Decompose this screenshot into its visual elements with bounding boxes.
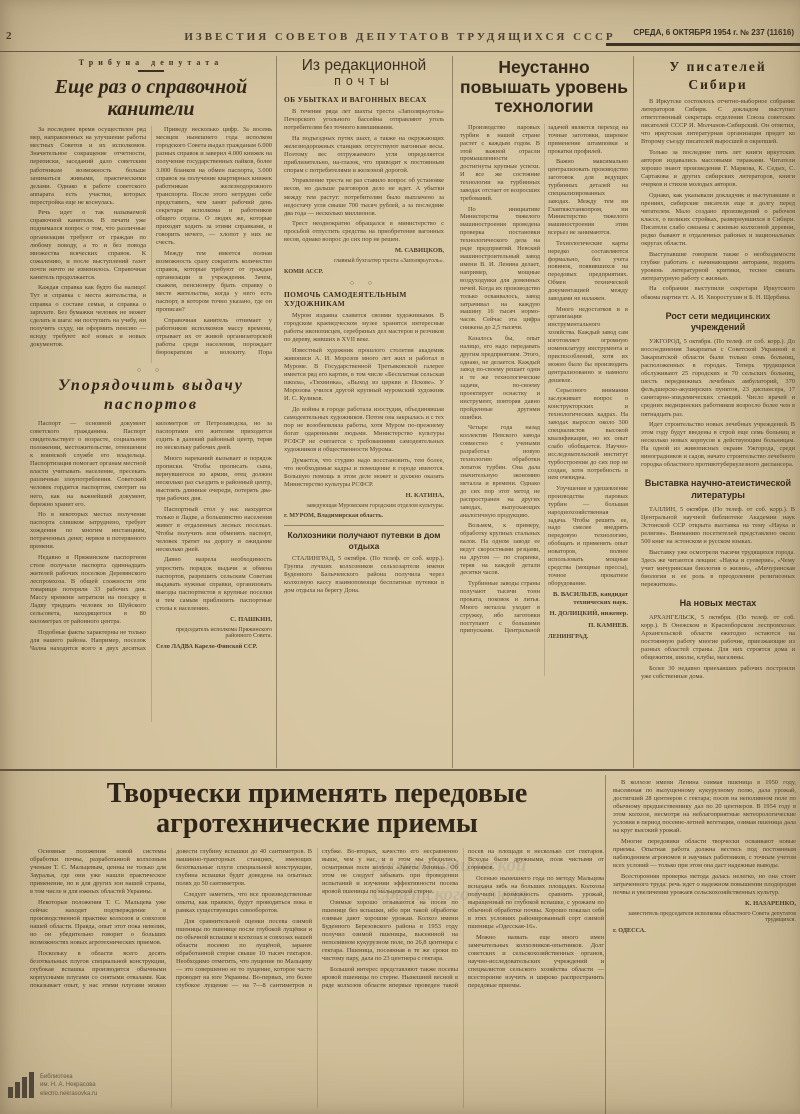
paragraph: Муром издавна славится своими художникам… — [284, 312, 444, 344]
article-body: Производство паровых турбин в нашей стра… — [460, 124, 628, 676]
paragraph: В колхозе имени Ленина озимая пшеница в … — [613, 779, 796, 835]
signature-name: М. САВИЦКОВ, — [284, 247, 444, 255]
signature-role: заместитель председателя исполкома облас… — [613, 911, 796, 925]
paragraph: Выступавшие говорили также о необходимос… — [641, 251, 795, 283]
title-line: У писателей — [669, 59, 766, 74]
article-body-agrotechnics: Основные положения новой системы обработ… — [30, 848, 604, 1108]
signature-name: К. НАЗАРЕНКО, — [613, 900, 796, 908]
mailbag-header-line1: Из редакционной — [284, 58, 444, 74]
paragraph: Давно назрела необходимость упростить по… — [156, 556, 272, 612]
paragraph: Только за последние пять лет книги иркут… — [641, 149, 795, 189]
article-title-pasporta: Упорядочить выдачу паспортов — [30, 377, 272, 414]
dateline-underline — [606, 43, 800, 46]
paragraph: Основные положения новой системы обработ… — [30, 848, 166, 896]
paragraph: Недавно в Пряжинском паспортном столе по… — [30, 554, 146, 627]
column-rule-2 — [452, 56, 453, 768]
paragraph: Осенью нынешнего года по методу Мальцева… — [468, 875, 604, 931]
signature-place: г. МУРОМ, Владимирская область. — [284, 512, 444, 520]
signature-place: Село ЛАДВА Карело-Финской ССР. — [156, 643, 272, 651]
paragraph: Много недостатков и в организации инстру… — [548, 306, 628, 385]
paragraph: Приведу несколько цифр. За восемь месяце… — [156, 126, 272, 247]
brief-body: СТАЛИНГРАД, 5 октября. (По телеф. от соб… — [284, 555, 444, 595]
article-kicker: Трибуна депутата — [30, 58, 272, 67]
paragraph: Казалось бы, опыт налицо, его надо перед… — [460, 335, 540, 422]
signature-name: В. ВАСИЛЬЕВ, кандидат технических наук. — [548, 591, 628, 608]
article-body: За последнее время осуществлен ряд мер, … — [30, 126, 272, 363]
signature-role: председатель исполкома Пряжинского район… — [156, 627, 272, 641]
article-title-medical: Рост сети медицинских учреждений — [641, 311, 795, 334]
article-body: В Иркутске состоялось отчетно-выборное с… — [641, 98, 795, 302]
paragraph: Озимые хорошо отзываются на посев по пше… — [322, 899, 458, 964]
signature-role: заведующая Муромским городским отделом к… — [284, 503, 444, 510]
paragraph: Многие передовики области творчески осва… — [613, 838, 796, 870]
signature-place: КОМИ АССР. — [284, 268, 444, 276]
signature-name: Н. КАТИНА, — [284, 492, 444, 500]
paragraph: Можно назвать еще много имен замечательн… — [468, 934, 604, 990]
right-column: У писателей Сибири В Иркутске состоялось… — [641, 58, 795, 683]
paragraph: Некоторые положения Т. С. Мальцева уже с… — [30, 899, 166, 947]
paragraph: Возьмем, к примеру, обработку крупных ст… — [460, 522, 540, 577]
paragraph: До войны в городе работала изостудия, об… — [284, 406, 444, 454]
article-technology: Неустанно повышать уровень технологии Пр… — [460, 58, 628, 676]
paragraph: ТАЛЛИН, 5 октября. (По телеф. от соб. ко… — [641, 506, 795, 546]
paragraph: В Иркутске состоялось отчетно-выборное с… — [641, 98, 795, 146]
paragraph: Но в некоторых местах получение паспорта… — [30, 511, 146, 551]
bottom-section-rule — [0, 769, 800, 771]
library-watermark-text: Библиотека им. Н. А. Некрасова electro.n… — [40, 1073, 97, 1098]
article-title-technology: Неустанно повышать уровень технологии — [460, 58, 628, 117]
paragraph: Паспорт — основной документ советского г… — [30, 420, 146, 509]
signature-role: главный бухгалтер треста «Заполярьуголь»… — [284, 258, 444, 265]
paragraph: В течение ряда лет шахты треста «Заполяр… — [284, 108, 444, 132]
section-separator: ○ ○ — [284, 279, 444, 287]
header-rule — [0, 51, 800, 52]
section-mailbag: Из редакционной почты ОБ УБЫТКАХ И ВАГОН… — [284, 58, 444, 598]
section-separator: ○ ○ — [30, 366, 272, 374]
kicker-rule — [138, 70, 164, 72]
article-title-new-places: На новых местах — [641, 598, 795, 610]
newspaper-page: 2 ИЗВЕСТИЯ СОВЕТОВ ДЕПУТАТОВ ТРУДЯЩИХСЯ … — [0, 0, 800, 1114]
bottom-column-rule — [605, 775, 606, 1114]
article-agrotechnics-last-column: В колхозе имени Ленина озимая пшеница в … — [613, 779, 796, 1109]
article-title-writers-siberia: У писателей Сибири — [641, 58, 795, 93]
signature-name: С. ПАШКИН, — [156, 616, 272, 624]
signature-name: Н. ДОЛИЦКИЙ, инженер. — [548, 610, 628, 618]
paragraph: УЖГОРОД, 5 октября. (По телеф. от соб. к… — [641, 338, 795, 419]
paragraph: Трест неоднократно обращался в министерс… — [284, 220, 444, 244]
paragraph: Четыре года назад коллектив Невского зав… — [460, 424, 540, 519]
paragraph: АРХАНГЕЛЬСК, 5 октября. (По телеф. от со… — [641, 614, 795, 662]
paragraph: Серьезного внимания заслуживает вопрос о… — [548, 387, 628, 482]
paragraph: На собрании выступили секретари Иркутско… — [641, 285, 795, 301]
article-title-agrotechnics: Творчески применять передовые агротехнич… — [30, 779, 604, 839]
article-title-exhibition: Выставка научно-атеистической литературы — [641, 478, 795, 501]
letter-body: Муром издавна славится своими художникам… — [284, 312, 444, 520]
paragraph: Более 30 недавно приехавших рабочих пост… — [641, 665, 795, 681]
letter-subhead-artists: ПОМОЧЬ САМОДЕЯТЕЛЬНЫМ ХУДОЖНИКАМ — [284, 290, 444, 309]
brief-title: Колхозники получают путевки в дом отдыха — [284, 530, 444, 551]
paragraph: Думается, что студию надо восстановить, … — [284, 457, 444, 489]
paragraph: Однако, как указывали докладчик и выступ… — [641, 192, 795, 248]
article-body: АРХАНГЕЛЬСК, 5 октября. (По телеф. от со… — [641, 614, 795, 681]
library-logo-icon — [8, 1072, 34, 1098]
issue-dateline: СРЕДА, 6 ОКТЯБРЯ 1954 г. № 237 (11616) — [633, 28, 794, 37]
paragraph: Между тем имеется полная возможность сра… — [156, 250, 272, 315]
paragraph: Много нареканий вызывает и порядок пропи… — [156, 455, 272, 503]
paragraph: По инициативе Министерства тяжелого маши… — [460, 206, 540, 333]
article-body: ТАЛЛИН, 5 октября. (По телеф. от соб. ко… — [641, 506, 795, 589]
signature-place: г. ОДЕССА. — [613, 927, 796, 935]
paragraph: За последнее время осуществлен ряд мер, … — [30, 126, 146, 207]
article-tribuna-deputata: Трибуна депутата Еще раз о справочной ка… — [30, 58, 272, 722]
letter-subhead-weights: ОБ УБЫТКАХ И ВАГОННЫХ ВЕСАХ — [284, 95, 444, 105]
paragraph: Паспортный стол у нас находится только в… — [156, 506, 272, 554]
brief-vouchers: Колхозники получают путевки в дом отдыха… — [284, 525, 444, 595]
article-title-spravochnaya-kanitel: Еще раз о справочной канители — [30, 77, 272, 120]
article-body: Паспорт — основной документ советского г… — [30, 420, 272, 722]
paragraph: Известный художник прошлого столетия ака… — [284, 347, 444, 403]
article-body: УЖГОРОД, 5 октября. (По телеф. от соб. к… — [641, 338, 795, 470]
paragraph: Производство паровых турбин в нашей стра… — [460, 124, 540, 203]
column-rule-1 — [276, 56, 277, 768]
library-watermark: Библиотека им. Н. А. Некрасова electro.n… — [8, 1072, 97, 1098]
signature-place: ЛЕНИНГРАД. — [548, 633, 628, 641]
paragraph: Выставку уже осмотрели тысячи трудящихся… — [641, 549, 795, 589]
signature-name: П. КАМНЕВ. — [548, 622, 628, 630]
paragraph: Идет строительство новых лечебных учрежд… — [641, 421, 795, 469]
column-rule-3 — [633, 56, 634, 768]
paragraph: Технологические карты нередко составляют… — [548, 240, 628, 303]
paragraph: Управление треста не раз ставило вопрос … — [284, 177, 444, 217]
paragraph: Каждая справка как будто бы налицо! Тут … — [30, 284, 146, 349]
paragraph: Речь идет о так называемой справочной ка… — [30, 209, 146, 282]
paragraph: Следует заметить, что все производственн… — [176, 891, 312, 915]
mailbag-header-line2: почты — [284, 74, 444, 88]
paragraph: Всесторонняя проверка метода далась неле… — [613, 873, 796, 897]
paragraph: На подъездных путях шахт, а также на окр… — [284, 135, 444, 175]
letter-body: В течение ряда лет шахты треста «Заполяр… — [284, 108, 444, 276]
paragraph: Важно максимально централизовать произво… — [548, 158, 628, 237]
title-line: Сибири — [688, 77, 747, 92]
paragraph: Улучшение и удешевление производства пар… — [548, 485, 628, 588]
